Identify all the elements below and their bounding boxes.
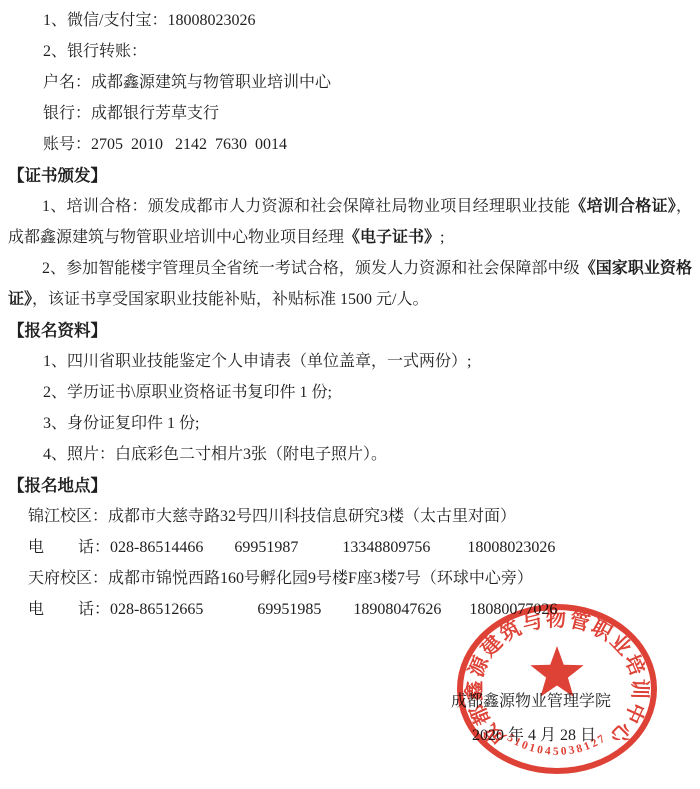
- paragraph-text: ，该证书享受国家职业技能补贴，补贴标准 1500 元/人。: [32, 291, 428, 308]
- payment-line-bank-transfer: 2、银行转账：: [8, 36, 692, 67]
- phone-number: 69951987: [234, 532, 298, 563]
- phone-number: 028-86514466: [110, 532, 203, 563]
- certificate-name-electronic: 《电子证书》: [344, 229, 440, 246]
- phone-number: 028-86512665: [110, 594, 203, 625]
- official-seal: 成都鑫源建筑与物管职业培训中心 5101045038127: [455, 602, 659, 776]
- seal-serial-holder: 5101045038127: [505, 732, 609, 758]
- document-body: 1、微信/支付宝：18008023026 2、银行转账： 户名：成都鑫源建筑与物…: [0, 0, 700, 625]
- phone-label: 电话：: [28, 532, 110, 563]
- section-heading-registration-materials: 【报名资料】: [8, 315, 692, 346]
- phone-number: 13348809756: [342, 532, 430, 563]
- certificate-paragraph-1: 1、培训合格：颁发成都市人力资源和社会保障社局物业项目经理职业技能《培训合格证》…: [8, 191, 692, 253]
- campus-line-tianfu: 天府校区：成都市锦悦西路160号孵化园9号楼F座3楼7号（环球中心旁）: [8, 563, 692, 594]
- phone-number: 69951985: [257, 594, 321, 625]
- payment-line-bank-branch: 银行：成都银行芳草支行: [8, 98, 692, 129]
- material-item-application-form: 1、四川省职业技能鉴定个人申请表（单位盖章，一式两份）;: [8, 346, 692, 377]
- paragraph-text: 2、参加智能楼宇管理员全省统一考试合格，颁发人力资源和社会保障部中级: [42, 260, 580, 277]
- phone-label: 电话：: [28, 594, 110, 625]
- payment-line-account-name: 户名：成都鑫源建筑与物管职业培训中心: [8, 67, 692, 98]
- payment-line-account-number: 账号：2705 2010 2142 7630 0014: [8, 129, 692, 160]
- campus-address: 成都市锦悦西路160号孵化园9号楼F座3楼7号（环球中心旁）: [108, 570, 533, 587]
- phone-label-char: 话：: [78, 532, 110, 563]
- phone-label-char: 电: [28, 594, 44, 625]
- campus-label: 锦江校区：: [28, 501, 108, 532]
- paragraph-text: ;: [440, 229, 444, 246]
- campus-line-jinjiang: 锦江校区：成都市大慈寺路32号四川科技信息研究3楼（太古里对面）: [8, 501, 692, 532]
- certificate-paragraph-2: 2、参加智能楼宇管理员全省统一考试合格，颁发人力资源和社会保障部中级《国家职业资…: [8, 253, 692, 315]
- campus-label: 天府校区：: [28, 563, 108, 594]
- phone-label-char: 话：: [78, 594, 110, 625]
- material-item-photos: 4、照片：白底彩色二寸相片3张（附电子照片）。: [8, 439, 692, 470]
- material-item-id-copy: 3、身份证复印件 1 份;: [8, 408, 692, 439]
- document-page: 1、微信/支付宝：18008023026 2、银行转账： 户名：成都鑫源建筑与物…: [0, 0, 700, 789]
- phone-number: 18008023026: [467, 532, 555, 563]
- section-heading-registration-locations: 【报名地点】: [8, 470, 692, 501]
- seal-serial-number: 5101045038127: [505, 732, 609, 758]
- campus-address: 成都市大慈寺路32号四川科技信息研究3楼（太古里对面）: [108, 508, 516, 525]
- section-heading-certificate-issuance: 【证书颁发】: [8, 160, 692, 191]
- material-item-diploma-copy: 2、学历证书\原职业资格证书复印件 1 份;: [8, 377, 692, 408]
- certificate-name-training: 《培训合格证》: [570, 198, 676, 215]
- phone-line-jinjiang: 电话：028-865144666995198713348809756180080…: [8, 532, 692, 563]
- star-icon: [530, 646, 583, 697]
- paragraph-text: 1、培训合格：颁发成都市人力资源和社会保障社局物业项目经理职业技能: [42, 198, 570, 215]
- payment-line-wechat-alipay: 1、微信/支付宝：18008023026: [8, 5, 692, 36]
- phone-label-char: 电: [28, 532, 44, 563]
- phone-number: 18908047626: [353, 594, 441, 625]
